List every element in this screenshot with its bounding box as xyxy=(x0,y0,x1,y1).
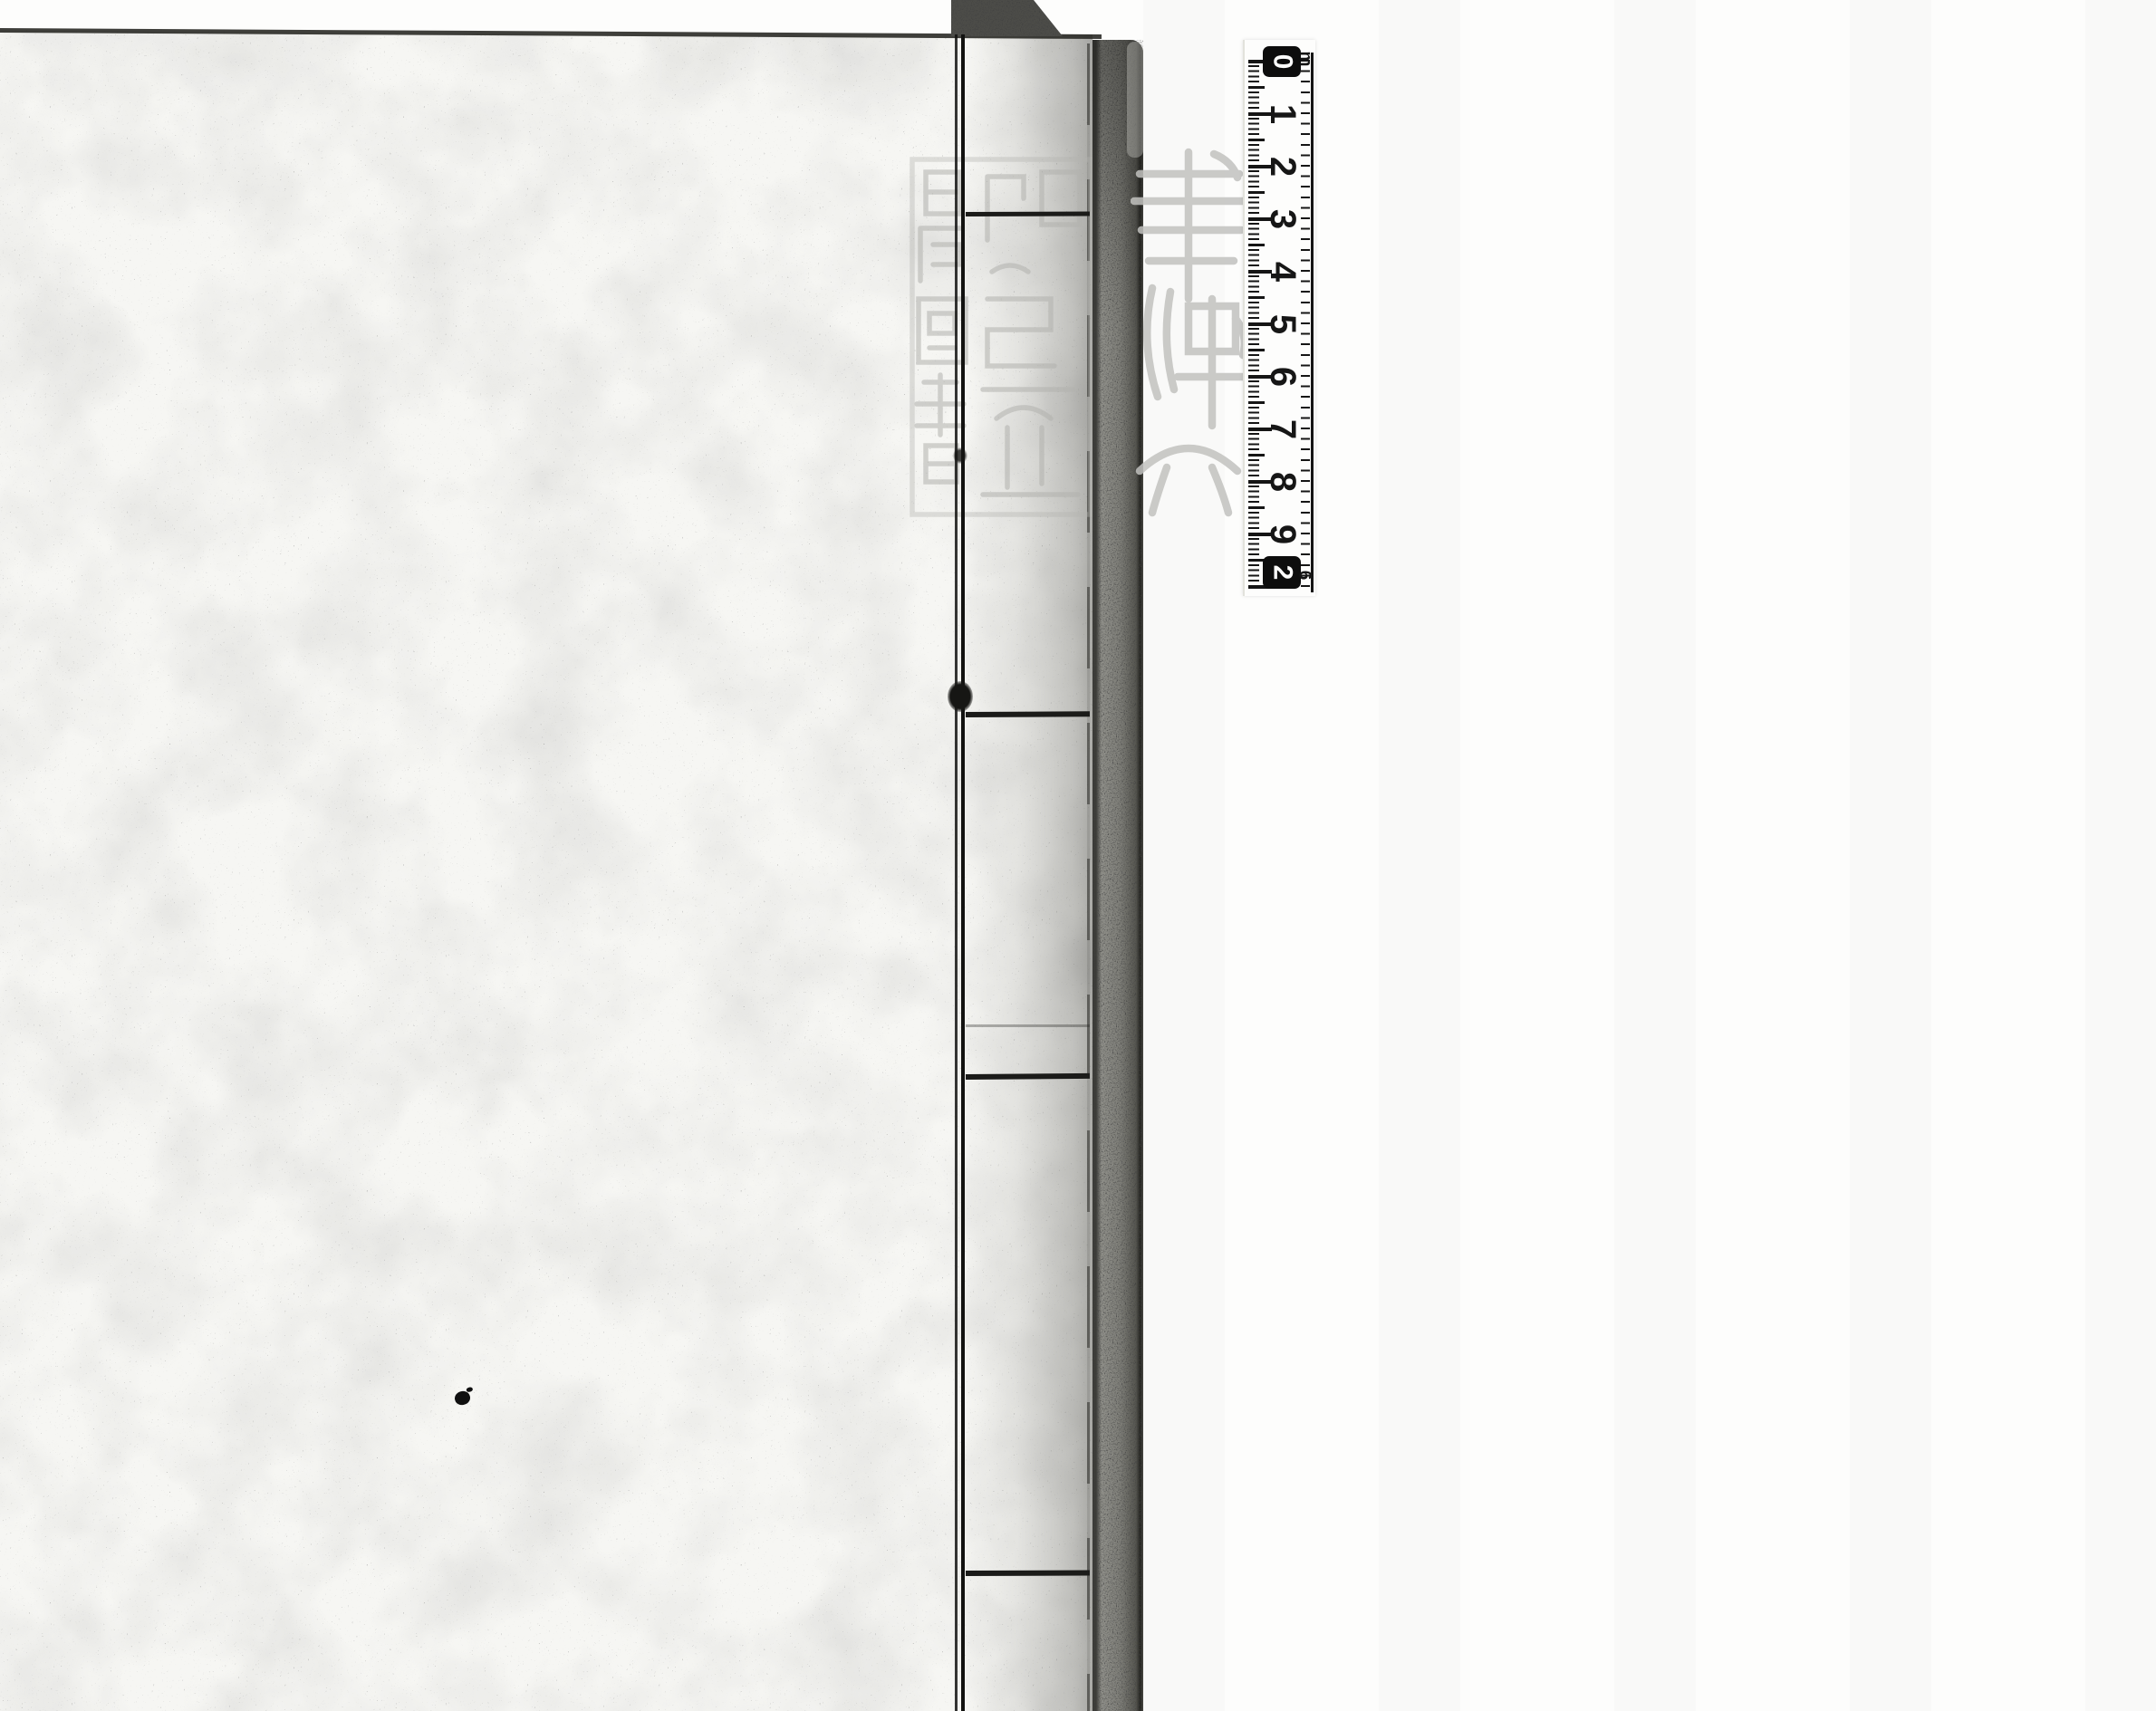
ruler-number: 4 xyxy=(1265,254,1301,290)
ruler-end-small-label: 6 xyxy=(1294,571,1314,581)
ruler-number: 9 xyxy=(1265,516,1301,553)
owner-seal-cover xyxy=(897,145,1105,525)
ruler-right-edge-line xyxy=(1311,53,1314,592)
ruler-zero-label: 0 xyxy=(1266,54,1297,70)
ruler-unit-label: m xyxy=(1295,52,1314,67)
stitch-thread-2 xyxy=(966,711,1090,717)
ruler-number: 2 xyxy=(1265,149,1301,185)
ruler-number: 5 xyxy=(1265,306,1301,342)
ruler-number: 8 xyxy=(1265,464,1301,500)
thread-kink xyxy=(953,447,967,464)
owner-seal-background xyxy=(1131,136,1257,525)
ruler-number: 6 xyxy=(1265,359,1301,395)
thread-knot xyxy=(948,681,973,712)
ruler-number: 7 xyxy=(1265,411,1301,447)
stitch-thread-1 xyxy=(966,212,1090,216)
binding-thread-vertical-right xyxy=(961,34,965,1711)
ruler-number: 3 xyxy=(1265,201,1301,237)
binding-thread-vertical-left xyxy=(955,34,958,1711)
ruler-number: 1 xyxy=(1265,96,1301,132)
stitch-thread-3 xyxy=(966,1073,1090,1080)
stitch-thread-4 xyxy=(966,1571,1090,1576)
stitch-thread-faint xyxy=(966,1024,1090,1027)
scan-page: 0 m 123456789 2 6 xyxy=(0,0,2156,1711)
photo-scale-ruler: 0 m 123456789 2 6 xyxy=(1243,40,1315,596)
